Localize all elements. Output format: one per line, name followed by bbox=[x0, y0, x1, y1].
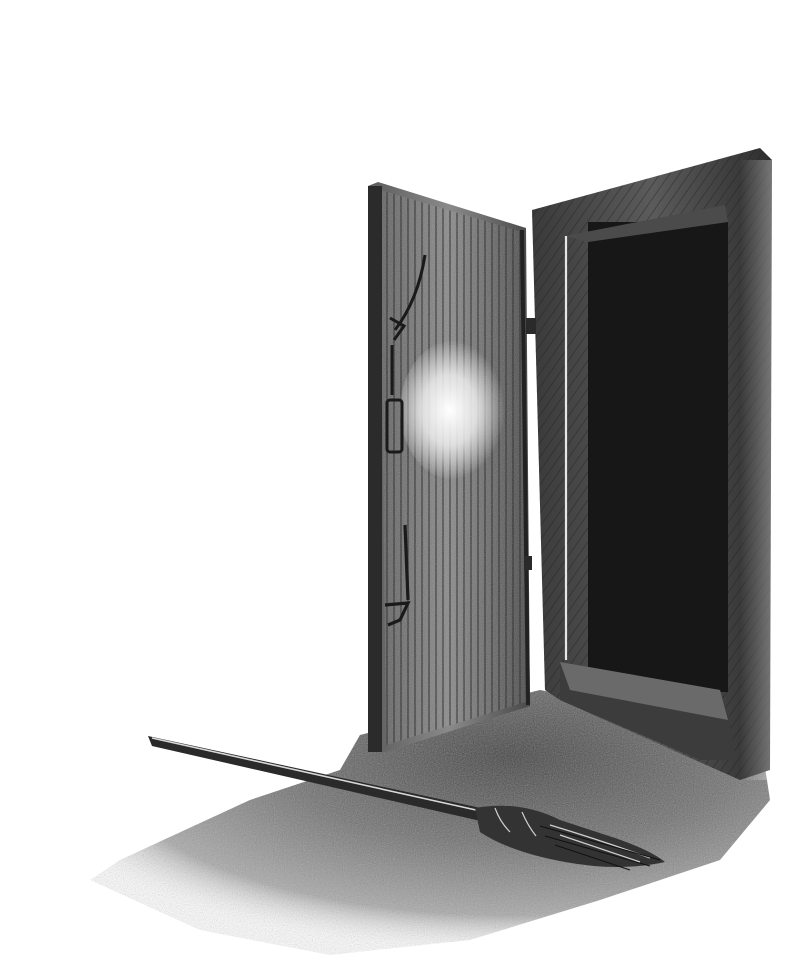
sketch-scene bbox=[0, 0, 800, 974]
door-hinge bbox=[524, 556, 532, 570]
door-panel bbox=[368, 182, 530, 752]
dark-doorway bbox=[588, 222, 728, 692]
door-illustration bbox=[0, 0, 800, 974]
light-glare bbox=[400, 340, 510, 480]
door-hinge bbox=[526, 318, 536, 334]
